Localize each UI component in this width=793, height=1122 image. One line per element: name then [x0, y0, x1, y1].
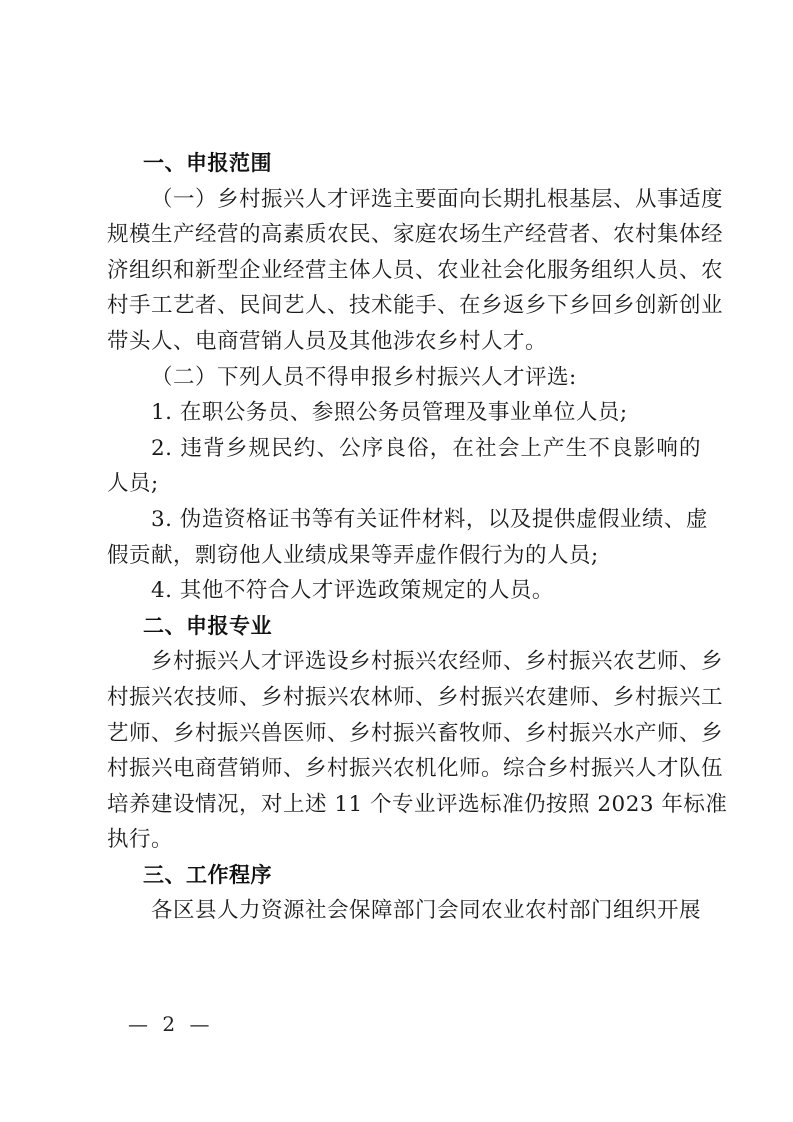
paragraph-line: 村振兴农技师、乡村振兴农林师、乡村振兴农建师、乡村振兴工	[107, 680, 701, 716]
document-body: 一、申报范围 （一）乡村振兴人才评选主要面向长期扎根基层、从事适度 规模生产经营…	[107, 146, 701, 929]
paragraph-line: 乡村振兴人才评选设乡村振兴农经师、乡村振兴农艺师、乡	[107, 644, 701, 680]
list-item: 3. 伪造资格证书等有关证件材料，以及提供虚假业绩、虚	[107, 502, 701, 538]
section-heading-specialties: 二、申报专业	[107, 609, 701, 645]
paragraph-line: 艺师、乡村振兴兽医师、乡村振兴畜牧师、乡村振兴水产师、乡	[107, 716, 701, 752]
paragraph-line: 村振兴电商营销师、乡村振兴农机化师。综合乡村振兴人才队伍	[107, 751, 701, 787]
paragraph-line: （一）乡村振兴人才评选主要面向长期扎根基层、从事适度	[107, 182, 701, 218]
list-item-continuation: 人员;	[107, 466, 701, 502]
section-heading-procedure: 三、工作程序	[107, 858, 701, 894]
page-number: — 2 —	[128, 1012, 213, 1036]
document-page: 一、申报范围 （一）乡村振兴人才评选主要面向长期扎根基层、从事适度 规模生产经营…	[0, 0, 793, 1122]
section-heading-scope: 一、申报范围	[107, 146, 701, 182]
paragraph-line: 各区县人力资源社会保障部门会同农业农村部门组织开展	[107, 893, 701, 929]
paragraph-line: 规模生产经营的高素质农民、家庭农场生产经营者、农村集体经	[107, 217, 701, 253]
paragraph-line: 村手工艺者、民间艺人、技术能手、在乡返乡下乡回乡创新创业	[107, 288, 701, 324]
paragraph-line: 执行。	[107, 822, 701, 858]
paragraph-line: （二）下列人员不得申报乡村振兴人才评选:	[107, 360, 701, 396]
paragraph-line: 济组织和新型企业经营主体人员、农业社会化服务组织人员、农	[107, 253, 701, 289]
list-item-continuation: 假贡献，剽窃他人业绩成果等弄虚作假行为的人员;	[107, 538, 701, 574]
paragraph-line: 培养建设情况，对上述 11 个专业评选标准仍按照 2023 年标准	[107, 787, 701, 823]
list-item: 2. 违背乡规民约、公序良俗，在社会上产生不良影响的	[107, 431, 701, 467]
list-item: 1. 在职公务员、参照公务员管理及事业单位人员;	[107, 395, 701, 431]
paragraph-line: 带头人、电商营销人员及其他涉农乡村人才。	[107, 324, 701, 360]
list-item: 4. 其他不符合人才评选政策规定的人员。	[107, 573, 701, 609]
